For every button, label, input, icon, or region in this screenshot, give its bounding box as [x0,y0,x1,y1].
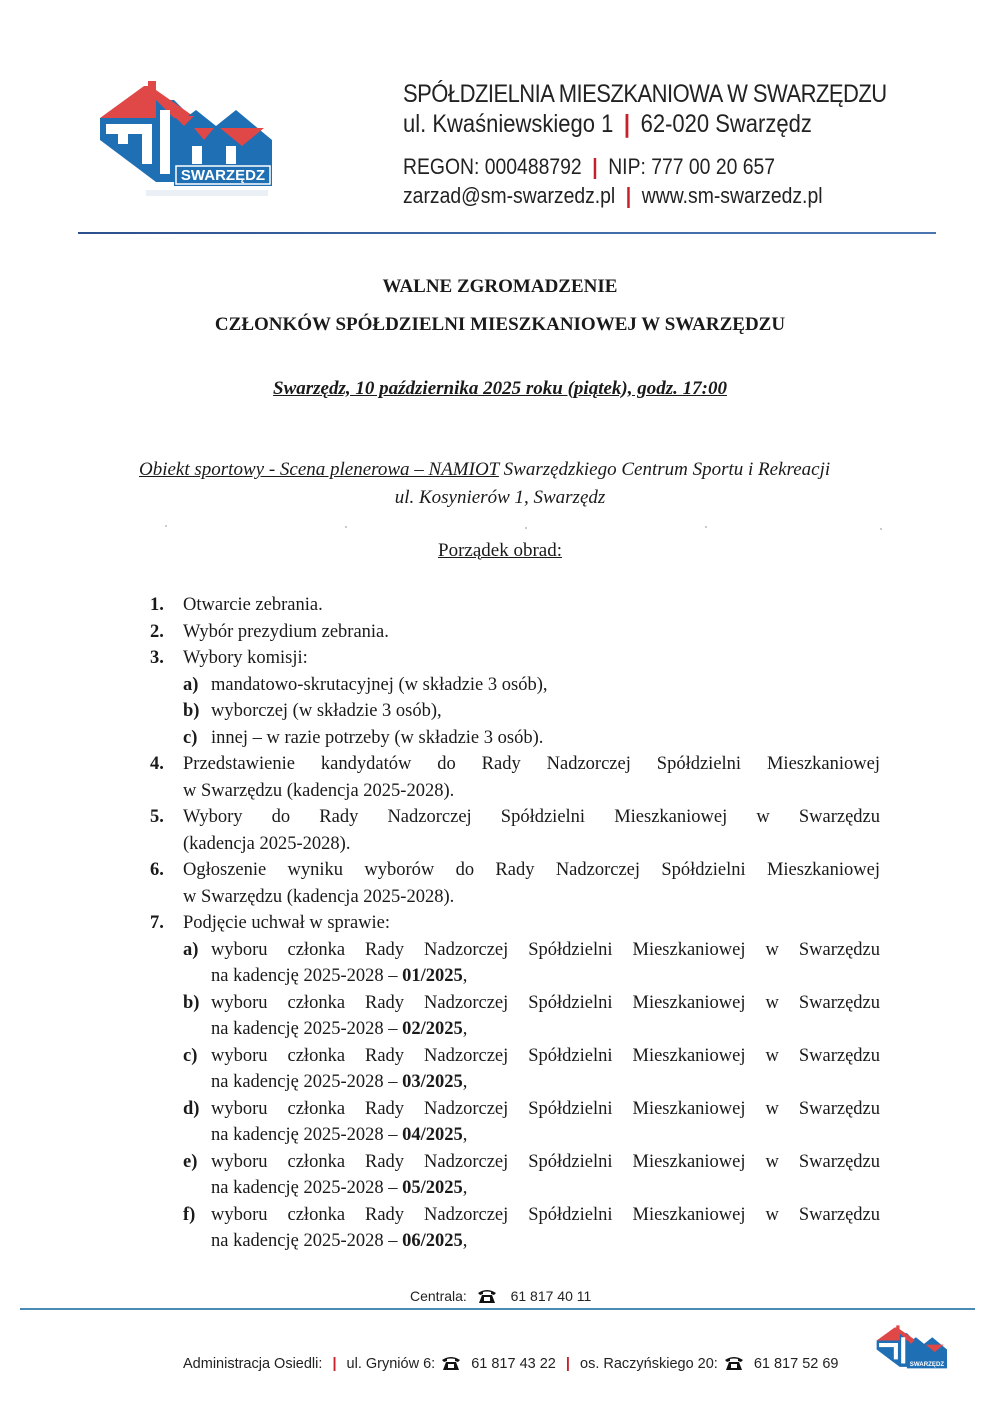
resolution-item: a)wyboru członka Rady Nadzorczej Spółdzi… [183,937,880,990]
admin-label: Administracja Osiedli: [183,1356,322,1372]
registration-numbers: REGON: 000488792|NIP: 777 00 20 657 [403,154,887,180]
telephone-icon [724,1355,744,1371]
email-link[interactable]: zarzad@sm-swarzedz.pl [403,183,615,208]
resolution-number: 03/2025 [402,1072,463,1092]
resolution-item: b)wyboru członka Rady Nadzorczej Spółdzi… [183,990,880,1043]
scan-speck [345,526,347,528]
office1-label: ul. Gryniów 6: [347,1356,436,1372]
telephone-icon [441,1355,461,1371]
resolution-item: f)wyboru członka Rady Nadzorczej Spółdzi… [183,1202,880,1255]
agenda-item: 2. Wybór prezydium zebrania. [150,619,880,646]
resolution-number: 01/2025 [402,966,463,986]
commission-item: a) mandatowo-skrutacyjnej (w składzie 3 … [183,672,880,699]
postal-code-city: 62-020 Swarzędz [641,110,812,138]
scan-speck [705,526,707,528]
meeting-venue: Obiekt sportowy - Scena plenerowa – NAMI… [139,459,879,481]
svg-text:SWARZĘDZ: SWARZĘDZ [910,1361,945,1368]
agenda-item: 3. Wybory komisji: [150,645,880,672]
organization-address: ul. Kwaśniewskiego 1|62-020 Swarzędz [403,110,887,139]
footer-divider [20,1308,975,1310]
cooperative-logo: SWARZĘDZ [96,80,272,198]
separator: | [582,154,609,179]
header-divider [78,232,936,234]
svg-text:SWARZĘDZ: SWARZĘDZ [181,167,265,184]
organization-name: SPÓŁDZIELNIA MIESZKANIOWA W SWARZĘDZU [403,80,887,109]
resolution-number: 02/2025 [402,1019,463,1039]
meeting-datetime: Swarzędz, 10 października 2025 roku (pią… [0,378,1000,400]
resolution-item: e)wyboru członka Rady Nadzorczej Spółdzi… [183,1149,880,1202]
separator: | [326,1356,342,1372]
agenda-item: 7. Podjęcie uchwał w sprawie: [150,910,880,937]
agenda-item: 6. Ogłoszenie wyniku wyborów do Rady Nad… [150,857,880,910]
street-address: ul. Kwaśniewskiego 1 [403,110,613,138]
resolution-item: c)wyboru członka Rady Nadzorczej Spółdzi… [183,1043,880,1096]
organization-info: SPÓŁDZIELNIA MIESZKANIOWA W SWARZĘDZU ul… [403,80,953,209]
document-title: WALNE ZGROMADZENIE [0,276,1000,298]
venue-location: Swarzędzkiego Centrum Sportu i Rekreacji [499,459,830,480]
central-label: Centrala: [410,1288,467,1304]
scan-speck [880,528,882,530]
commission-item: c) innej – w razie potrzeby (w składzie … [183,725,880,752]
central-phone-number: 61 817 40 11 [511,1288,592,1304]
office1-phone: 61 817 43 22 [471,1356,556,1372]
regon-number: REGON: 000488792 [403,154,582,179]
separator: | [613,110,640,138]
website-link[interactable]: www.sm-swarzedz.pl [642,183,823,208]
telephone-icon [477,1288,497,1304]
resolution-number: 06/2025 [402,1231,463,1251]
separator: | [615,183,642,208]
agenda-item: 1. Otwarcie zebrania. [150,592,880,619]
venue-address: ul. Kosynierów 1, Swarzędz [0,487,1000,509]
separator: | [560,1356,576,1372]
venue-name: Obiekt sportowy - Scena plenerowa – NAMI… [139,459,499,480]
document-subtitle: CZŁONKÓW SPÓŁDZIELNI MIESZKANIOWEJ W SWA… [0,314,1000,336]
resolution-item: d)wyboru członka Rady Nadzorczej Spółdzi… [183,1096,880,1149]
resolution-list: a)wyboru członka Rady Nadzorczej Spółdzi… [150,937,880,1255]
agenda-heading: Porządek obrad: [0,540,1000,562]
office2-phone: 61 817 52 69 [754,1356,839,1372]
scan-speck [525,527,527,529]
administration-contacts: Administracja Osiedli: | ul. Gryniów 6:6… [183,1355,839,1372]
central-phone-line: Centrala: 61 817 40 11 [410,1288,591,1304]
resolution-number: 05/2025 [402,1178,463,1198]
nip-number: NIP: 777 00 20 657 [608,154,775,179]
agenda-item: 4. Przedstawienie kandydatów do Rady Nad… [150,751,880,804]
cooperative-logo-small: SWARZĘDZ [875,1325,947,1370]
resolution-number: 04/2025 [402,1125,463,1145]
contact-info: zarzad@sm-swarzedz.pl|www.sm-swarzedz.pl [403,183,887,209]
office2-label: os. Raczyńskiego 20: [580,1356,718,1372]
commission-item: b) wyborczej (w składzie 3 osób), [183,698,880,725]
scan-speck [165,525,167,527]
agenda-item: 5. Wybory do Rady Nadzorczej Spółdzielni… [150,804,880,857]
agenda-list: 1. Otwarcie zebrania. 2. Wybór prezydium… [150,592,880,1255]
